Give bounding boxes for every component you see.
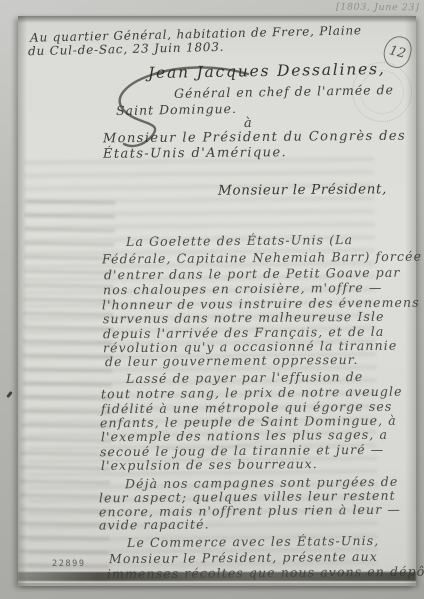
salutation: Monsieur le Président, [218, 181, 387, 198]
manuscript-line: de leur gouvernement oppresseur. [105, 352, 359, 369]
manuscript-line: Le Commerce avec les États-Unis, [127, 533, 379, 550]
manuscript-line: La Goelette des États-Unis (La [126, 232, 353, 249]
sender-title-line2: Saint Domingue. [116, 101, 237, 118]
addressee-line2: États-Unis d'Amérique. [103, 145, 287, 162]
collection-item-number: 22899 [52, 559, 86, 569]
manuscript-line: l'expulsion de ses bourreaux. [101, 456, 318, 473]
addressee-line1: Monsieur le Président du Congrès des [103, 129, 406, 147]
addressee-particle: à [244, 116, 253, 131]
manuscript-line: Fédérale, Capitaine Nehemiah Barr) forcé… [102, 249, 422, 267]
page-bottom-edge [18, 583, 416, 586]
page-top-shadow [18, 16, 416, 23]
archivist-date-note: [1803, June 23] [336, 2, 419, 14]
margin-ink-mark [6, 391, 13, 398]
page-number: 12 [388, 43, 408, 62]
page-bottom-shadow-band [18, 572, 416, 581]
manuscript-line: avide rapacité. [99, 517, 210, 533]
